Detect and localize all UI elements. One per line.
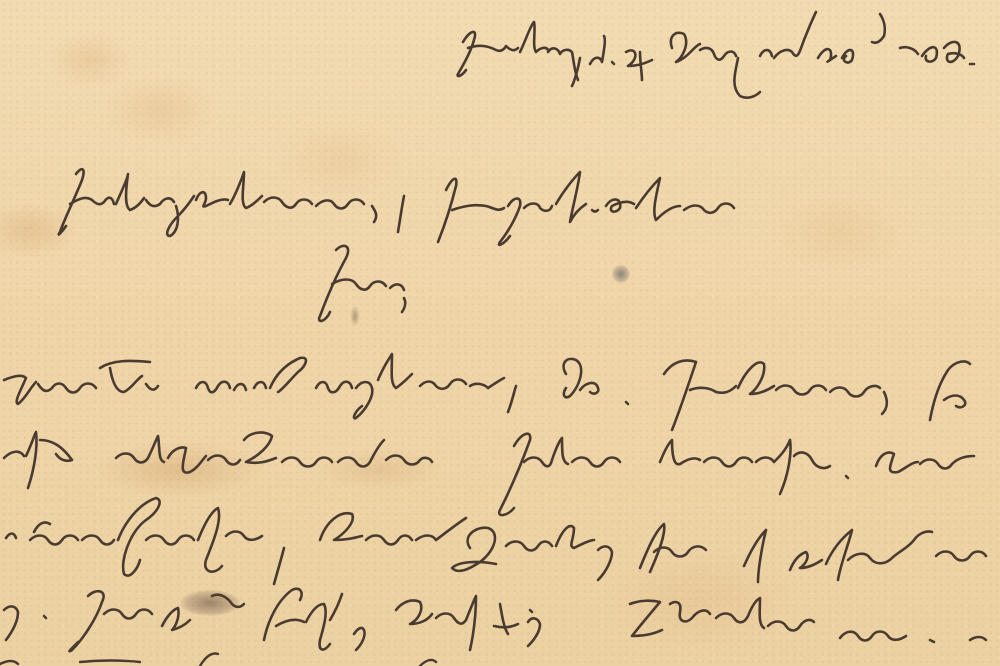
body-line-4-strokes xyxy=(4,589,986,652)
handwriting-strokes xyxy=(0,0,1000,666)
dateline-strokes xyxy=(458,12,974,98)
salutation-line-2-strokes xyxy=(319,246,405,321)
body-line-3-strokes xyxy=(6,498,986,584)
cut-off-line-strokes xyxy=(0,654,436,666)
letter-page: Hamburg, d. 4 August 86. Hochwohlgebohrn… xyxy=(0,0,1000,666)
body-line-2-strokes xyxy=(4,432,974,515)
salutation-line-1-strokes xyxy=(59,169,734,245)
body-line-1-strokes xyxy=(4,354,970,430)
